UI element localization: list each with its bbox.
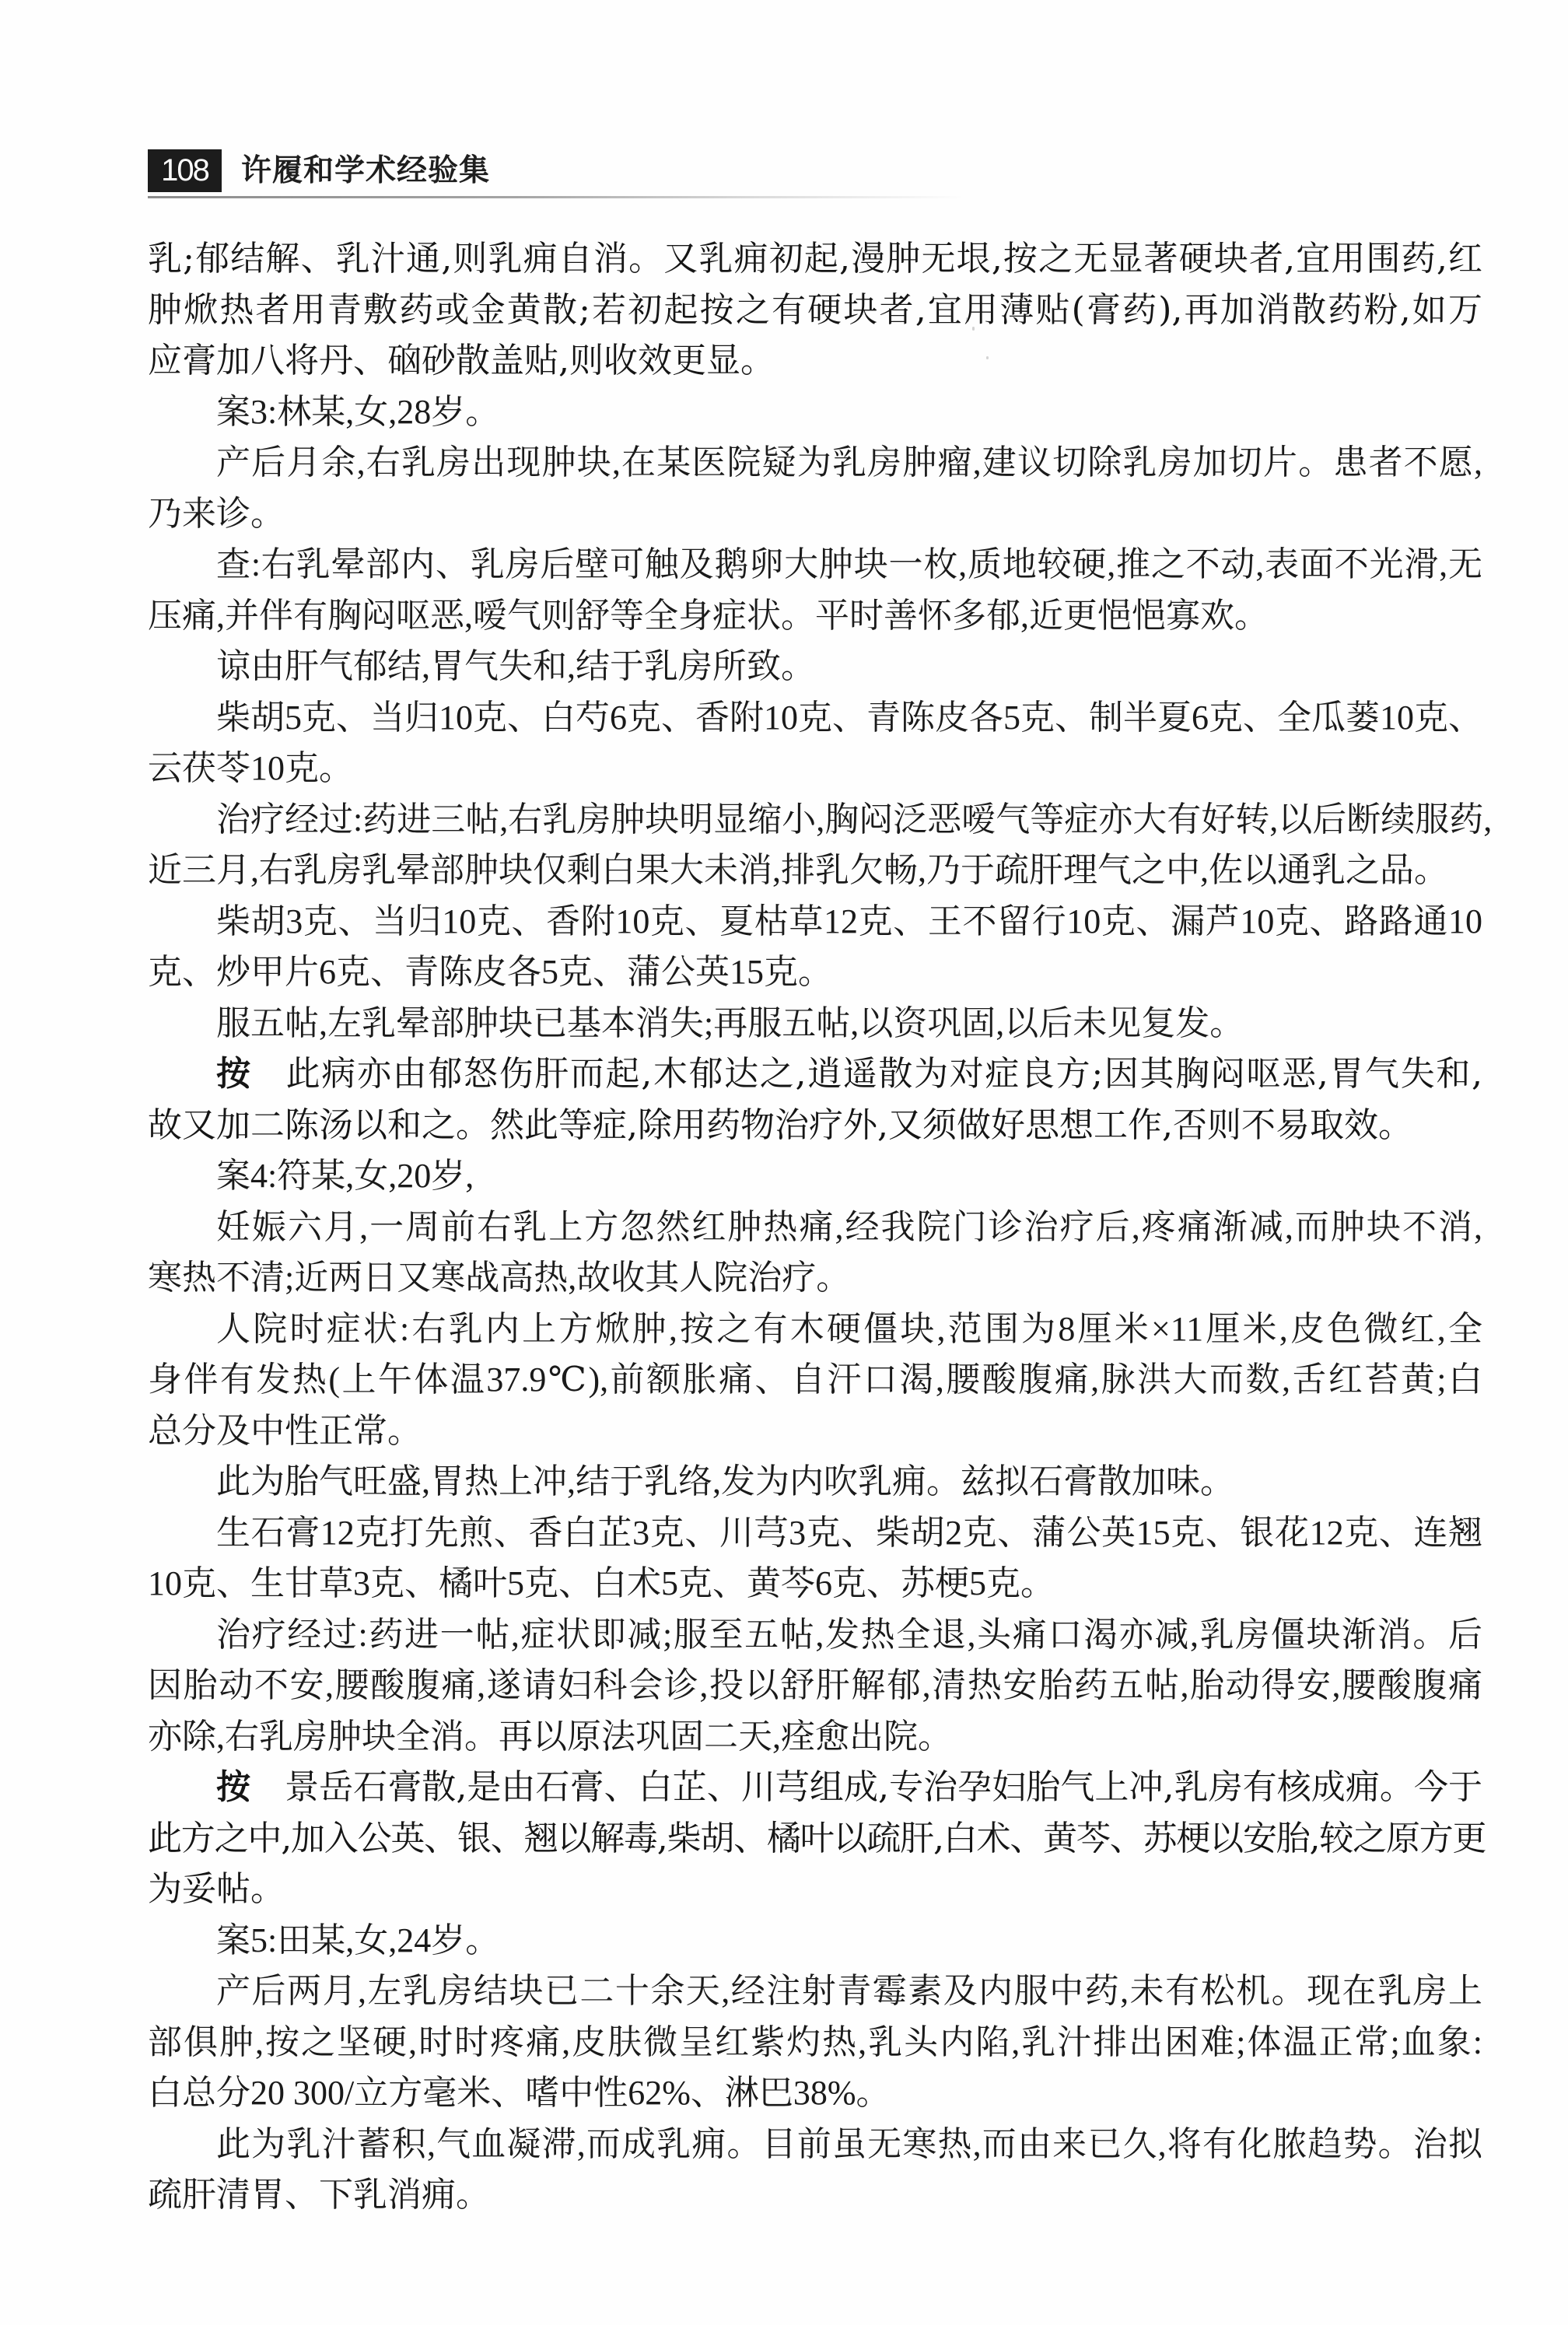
text-line: 柴胡3克、当归10克、香附10克、夏枯草12克、王不留行10克、漏芦10克、路路…	[148, 896, 1482, 947]
text-line: 云茯苓10克。	[148, 743, 1482, 794]
text-line: 乳;郁结解、乳汁通,则乳痈自消。又乳痈初起,漫肿无垠,按之无显著硬块者,宜用围药…	[148, 233, 1482, 285]
text-line: 人院时症状:右乳内上方焮肿,按之有木硬僵块,范围为8厘米×11厘米,皮色微红,全	[148, 1304, 1482, 1355]
body-text: 乳;郁结解、乳汁通,则乳痈自消。又乳痈初起,漫肿无垠,按之无显著硬块者,宜用围药…	[148, 233, 1482, 2221]
text-line: 克、炒甲片6克、青陈皮各5克、蒲公英15克。	[148, 947, 1482, 998]
text-line: 白总分20 300/立方毫米、嗜中性62%、淋巴38%。	[148, 2068, 1482, 2119]
diagnosis: 谅由肝气郁结,胃气失和,结于乳房所致。	[148, 641, 1482, 692]
text-line: 肿焮热者用青敷药或金黄散;若初起按之有硬块者,宜用薄贴(膏药),再加消散药粉,如…	[148, 285, 1482, 336]
treatment-course: 治疗经过:药进一帖,症状即减;服至五帖,发热全退,头痛口渴亦减,乳房僵块渐消。后…	[148, 1609, 1482, 1763]
note-text: 此病亦由郁怒伤肝而起,木郁达之,逍遥散为对症良方;因其胸闷呕恶,胃气失和,	[286, 1054, 1482, 1094]
text-line: 按此病亦由郁怒伤肝而起,木郁达之,逍遥散为对症良方;因其胸闷呕恶,胃气失和,	[148, 1049, 1482, 1100]
commentary-note: 按景岳石膏散,是由石膏、白芷、川芎组成,专治孕妇胎气上冲,乳房有核成痈。今于 此…	[148, 1762, 1482, 1915]
page-number: 108	[161, 153, 208, 187]
examination: 查:右乳晕部内、乳房后壁可触及鹅卵大肿块一枚,质地较硬,推之不动,表面不光滑,无…	[148, 539, 1482, 641]
text-line: 近三月,右乳房乳晕部肿块仅剩白果大未消,排乳欠畅,乃于疏肝理气之中,佐以通乳之品…	[148, 845, 1482, 896]
text-line: 产后两月,左乳房结块已二十余天,经注射青霉素及内服中药,未有松机。现在乳房上	[148, 1966, 1482, 2017]
note-text: 景岳石膏散,是由石膏、白芷、川芎组成,专治孕妇胎气上冲,乳房有核成痈。今于	[285, 1767, 1482, 1807]
header-divider	[148, 196, 964, 198]
text-line: 治疗经过:药进一帖,症状即减;服至五帖,发热全退,头痛口渴亦减,乳房僵块渐消。后	[148, 1609, 1482, 1661]
case-heading: 案3:林某,女,28岁。	[148, 387, 1482, 438]
text-line: 部俱肿,按之坚硬,时时疼痛,皮肤微呈红紫灼热,乳头内陷,乳汁排出困难;体温正常;…	[148, 2017, 1482, 2068]
text-line: 谅由肝气郁结,胃气失和,结于乳房所致。	[148, 641, 1482, 692]
case-heading: 案5:田某,女,24岁。	[148, 1915, 1482, 1966]
text-line: 疏肝清胃、下乳消痈。	[148, 2169, 1482, 2221]
text-line: 生石膏12克打先煎、香白芷3克、川芎3克、柴胡2克、蒲公英15克、银花12克、连…	[148, 1507, 1482, 1559]
diagnosis: 此为胎气旺盛,胃热上冲,结于乳络,发为内吹乳痈。兹拟石膏散加味。	[148, 1456, 1482, 1507]
note-label: 按	[216, 1054, 252, 1094]
text-line: 压痛,并伴有胸闷呕恶,嗳气则舒等全身症状。平时善怀多郁,近更悒悒寡欢。	[148, 590, 1482, 642]
text-line: 故又加二陈汤以和之。然此等症,除用药物治疗外,又须做好思想工作,否则不易取效。	[148, 1100, 1482, 1151]
treatment-course: 治疗经过:药进三帖,右乳房肿块明显缩小,胸闷泛恶嗳气等症亦大有好转,以后断续服药…	[148, 794, 1482, 896]
book-title: 许履和学术经验集	[241, 149, 490, 192]
text-line: 按景岳石膏散,是由石膏、白芷、川芎组成,专治孕妇胎气上冲,乳房有核成痈。今于	[148, 1762, 1482, 1813]
text-line: 产后月余,右乳房出现肿块,在某医院疑为乳房肿瘤,建议切除乳房加切片。患者不愿,	[148, 437, 1482, 488]
text-line: 因胎动不安,腰酸腹痛,遂请妇科会诊,投以舒肝解郁,清热安胎药五帖,胎动得安,腰酸…	[148, 1660, 1482, 1711]
text-line: 案4:符某,女,20岁,	[148, 1150, 1482, 1202]
diagnosis: 此为乳汁蓄积,气血凝滞,而成乳痈。目前虽无寒热,而由来已久,将有化脓趋势。治拟 …	[148, 2119, 1482, 2221]
admission-symptoms: 人院时症状:右乳内上方焮肿,按之有木硬僵块,范围为8厘米×11厘米,皮色微红,全…	[148, 1304, 1482, 1457]
case-history: 产后两月,左乳房结块已二十余天,经注射青霉素及内服中药,未有松机。现在乳房上 部…	[148, 1966, 1482, 2119]
text-line: 此为胎气旺盛,胃热上冲,结于乳络,发为内吹乳痈。兹拟石膏散加味。	[148, 1456, 1482, 1507]
text-line: 查:右乳晕部内、乳房后壁可触及鹅卵大肿块一枚,质地较硬,推之不动,表面不光滑,无	[148, 539, 1482, 590]
text-line: 亦除,右乳房肿块全消。再以原法巩固二天,痊愈出院。	[148, 1711, 1482, 1763]
commentary-note: 按此病亦由郁怒伤肝而起,木郁达之,逍遥散为对症良方;因其胸闷呕恶,胃气失和, 故…	[148, 1049, 1482, 1150]
prescription: 柴胡5克、当归10克、白芍6克、香附10克、青陈皮各5克、制半夏6克、全瓜蒌10…	[148, 692, 1482, 794]
case-heading: 案4:符某,女,20岁,	[148, 1150, 1482, 1202]
text-line: 妊娠六月,一周前右乳上方忽然红肿热痛,经我院门诊治疗后,疼痛渐减,而肿块不消,	[148, 1202, 1482, 1253]
text-line: 总分及中性正常。	[148, 1406, 1482, 1457]
page-number-badge: 108	[148, 149, 222, 192]
text-line: 案3:林某,女,28岁。	[148, 387, 1482, 438]
prescription: 柴胡3克、当归10克、香附10克、夏枯草12克、王不留行10克、漏芦10克、路路…	[148, 896, 1482, 998]
text-line: 寒热不清;近两日又寒战高热,故收其人院治疗。	[148, 1252, 1482, 1304]
text-line: 柴胡5克、当归10克、白芍6克、香附10克、青陈皮各5克、制半夏6克、全瓜蒌10…	[148, 692, 1482, 744]
text-line: 此方之中,加入公英、银、翘以解毒,柴胡、橘叶以疏肝,白术、黄芩、苏梗以安胎,较之…	[148, 1813, 1482, 1865]
note-label: 按	[216, 1767, 250, 1807]
text-line: 服五帖,左乳晕部肿块已基本消失;再服五帖,以资巩固,以后未见复发。	[148, 998, 1482, 1049]
text-line: 应膏加八将丹、硇砂散盖贴,则收效更显。	[148, 335, 1482, 387]
text-line: 为妥帖。	[148, 1864, 1482, 1915]
text-line: 此为乳汁蓄积,气血凝滞,而成乳痈。目前虽无寒热,而由来已久,将有化脓趋势。治拟	[148, 2119, 1482, 2170]
case-history: 产后月余,右乳房出现肿块,在某医院疑为乳房肿瘤,建议切除乳房加切片。患者不愿, …	[148, 437, 1482, 539]
prescription: 生石膏12克打先煎、香白芷3克、川芎3克、柴胡2克、蒲公英15克、银花12克、连…	[148, 1507, 1482, 1609]
text-line: 案5:田某,女,24岁。	[148, 1915, 1482, 1966]
text-line: 身伴有发热(上午体温37.9℃),前额胀痛、自汗口渴,腰酸腹痛,脉洪大而数,舌红…	[148, 1354, 1482, 1406]
case-history: 妊娠六月,一周前右乳上方忽然红肿热痛,经我院门诊治疗后,疼痛渐减,而肿块不消, …	[148, 1202, 1482, 1304]
outcome: 服五帖,左乳晕部肿块已基本消失;再服五帖,以资巩固,以后未见复发。	[148, 998, 1482, 1049]
book-page: 108 许履和学术经验集 乳;郁结解、乳汁通,则乳痈自消。又乳痈初起,漫肿无垠,…	[0, 0, 1568, 2325]
text-line: 10克、生甘草3克、橘叶5克、白术5克、黄芩6克、苏梗5克。	[148, 1558, 1482, 1609]
text-line: 治疗经过:药进三帖,右乳房肿块明显缩小,胸闷泛恶嗳气等症亦大有好转,以后断续服药…	[148, 794, 1482, 846]
commentary-continuation: 乳;郁结解、乳汁通,则乳痈自消。又乳痈初起,漫肿无垠,按之无显著硬块者,宜用围药…	[148, 233, 1482, 387]
text-line: 乃来诊。	[148, 488, 1482, 540]
